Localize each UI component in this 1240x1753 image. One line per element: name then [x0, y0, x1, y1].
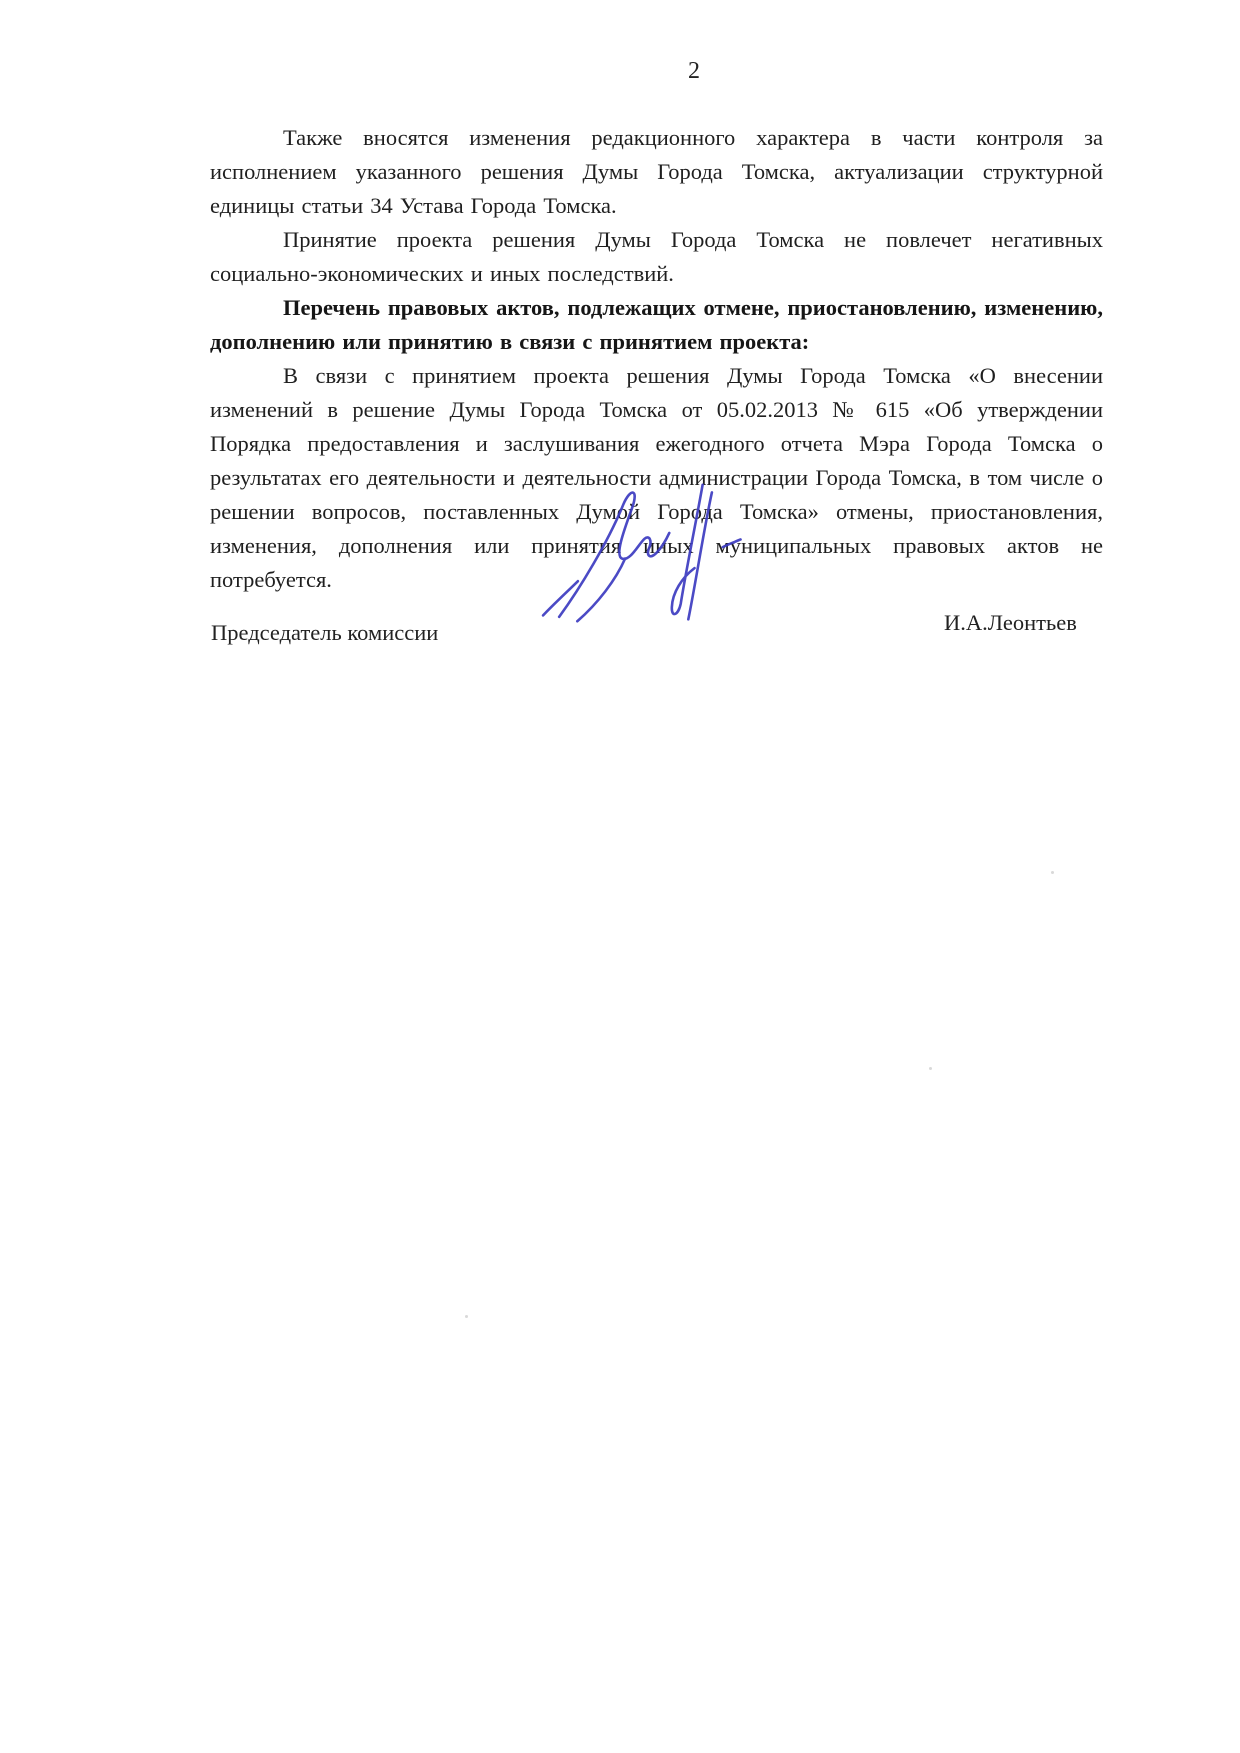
paragraph-no-negative-consequences: Принятие проекта решения Думы Города Том…	[210, 223, 1103, 291]
page-number: 2	[688, 58, 701, 85]
handwritten-signature-icon	[530, 474, 749, 633]
chairman-label: Председатель комиссии	[211, 620, 438, 646]
document-page: 2 Также вносятся изменения редакционного…	[0, 0, 1240, 1753]
paragraph-heading-list-of-legal-acts: Перечень правовых актов, подлежащих отме…	[210, 291, 1103, 359]
signer-name: И.А.Леонтьев	[944, 610, 1077, 636]
scan-artifact-dot	[929, 1067, 932, 1070]
scan-artifact-dot	[1051, 871, 1054, 874]
scan-artifact-dot	[465, 1315, 468, 1318]
paragraph-editorial-changes: Также вносятся изменения редакционного х…	[210, 121, 1103, 223]
